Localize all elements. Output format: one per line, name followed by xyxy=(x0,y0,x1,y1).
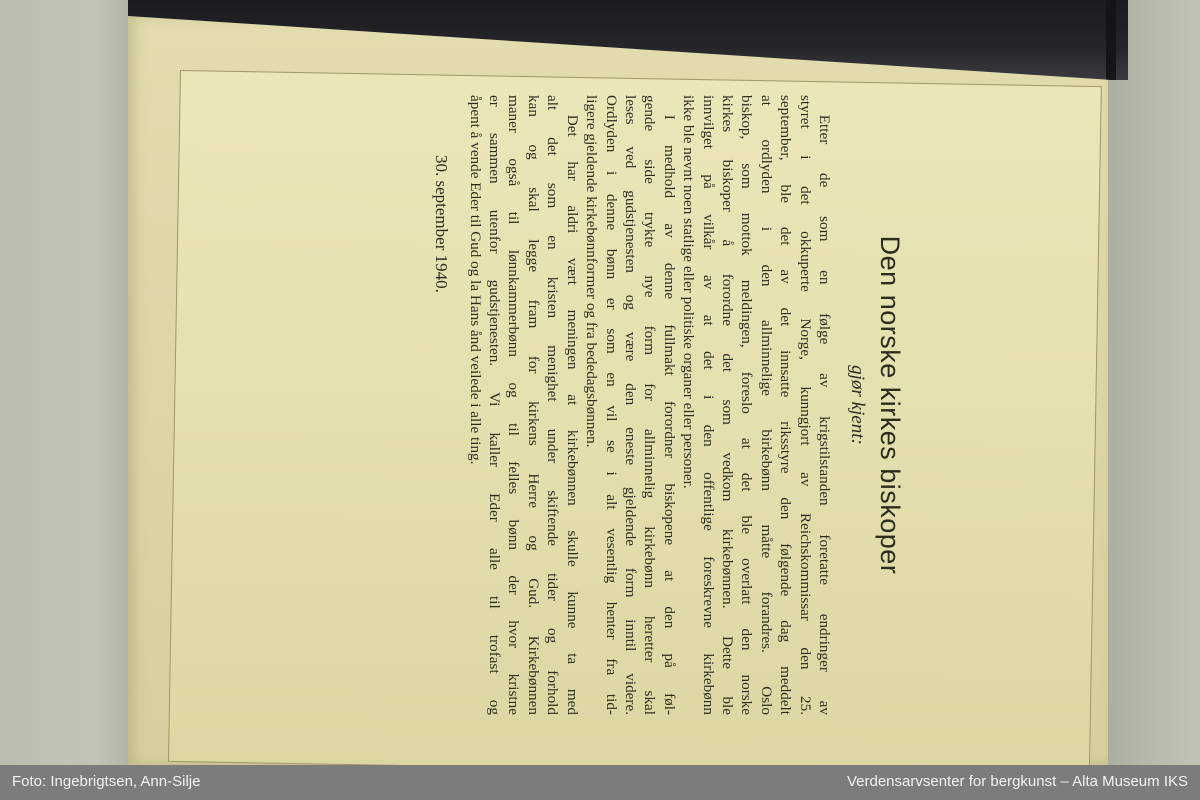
document-content: Den norske kirkes biskoper gjør kjent: E… xyxy=(405,95,905,715)
text-line: ikke ble nevnt noen statlige eller polit… xyxy=(679,95,698,715)
text-line: at ordlyden i den allminnelige birkebønn… xyxy=(756,95,775,715)
text-line: ligere gjeldende kirkebønnformer og fra … xyxy=(582,95,601,715)
photo-caption-bar: Foto: Ingebrigtsen, Ann-Silje Verdensarv… xyxy=(0,765,1200,800)
text-line: kan og skal legge fram for kirkens Herre… xyxy=(524,95,543,715)
text-line: leses ved gudstjenesten og være den enes… xyxy=(621,95,640,715)
paragraph-1: Etter de som en følge av krigstilstanden… xyxy=(679,95,834,715)
text-line: maner også til lønnkammerbønn og til fel… xyxy=(504,95,523,715)
paragraph-3: Det har aldri vært meningen at kirkebønn… xyxy=(465,95,581,715)
document-title: Den norske kirkes biskoper xyxy=(874,95,905,715)
institution-credit: Verdensarvsenter for bergkunst – Alta Mu… xyxy=(847,773,1188,790)
document-subtitle: gjør kjent: xyxy=(846,95,868,715)
text-line: gende side trykte nye form for allminnel… xyxy=(640,95,659,715)
photographer-credit: Foto: Ingebrigtsen, Ann-Silje xyxy=(12,773,200,790)
text-line: Etter de som en følge av krigstilstanden… xyxy=(815,95,834,715)
text-line: biskop, som mottok meldingen, foreslo at… xyxy=(737,95,756,715)
text-line: innvilget på vilkår av at det i den offe… xyxy=(698,95,717,715)
text-line: er sammen utenfor gudstjenesten. Vi kall… xyxy=(485,95,504,715)
document-date: 30. september 1940. xyxy=(431,95,451,715)
text-line: alt det som en kristen menighet under sk… xyxy=(543,95,562,715)
text-line: Ordlyden i denne bønn er som en vil se i… xyxy=(601,95,620,715)
text-line: Det har aldri vært meningen at kirkebønn… xyxy=(562,95,581,715)
text-line: kirkes biskoper å forordne det som vedko… xyxy=(718,95,737,715)
text-line: september, ble det av det innsatte rikss… xyxy=(776,95,795,715)
text-line: styret i det okkuperte Norge, kunngjort … xyxy=(795,95,814,715)
paragraph-2: I medhold av denne fullmakt forordner bi… xyxy=(582,95,679,715)
text-line: I medhold av denne fullmakt forordner bi… xyxy=(659,95,678,715)
text-line: åpent å vende Eder til Gud og la Hans ån… xyxy=(465,95,484,715)
